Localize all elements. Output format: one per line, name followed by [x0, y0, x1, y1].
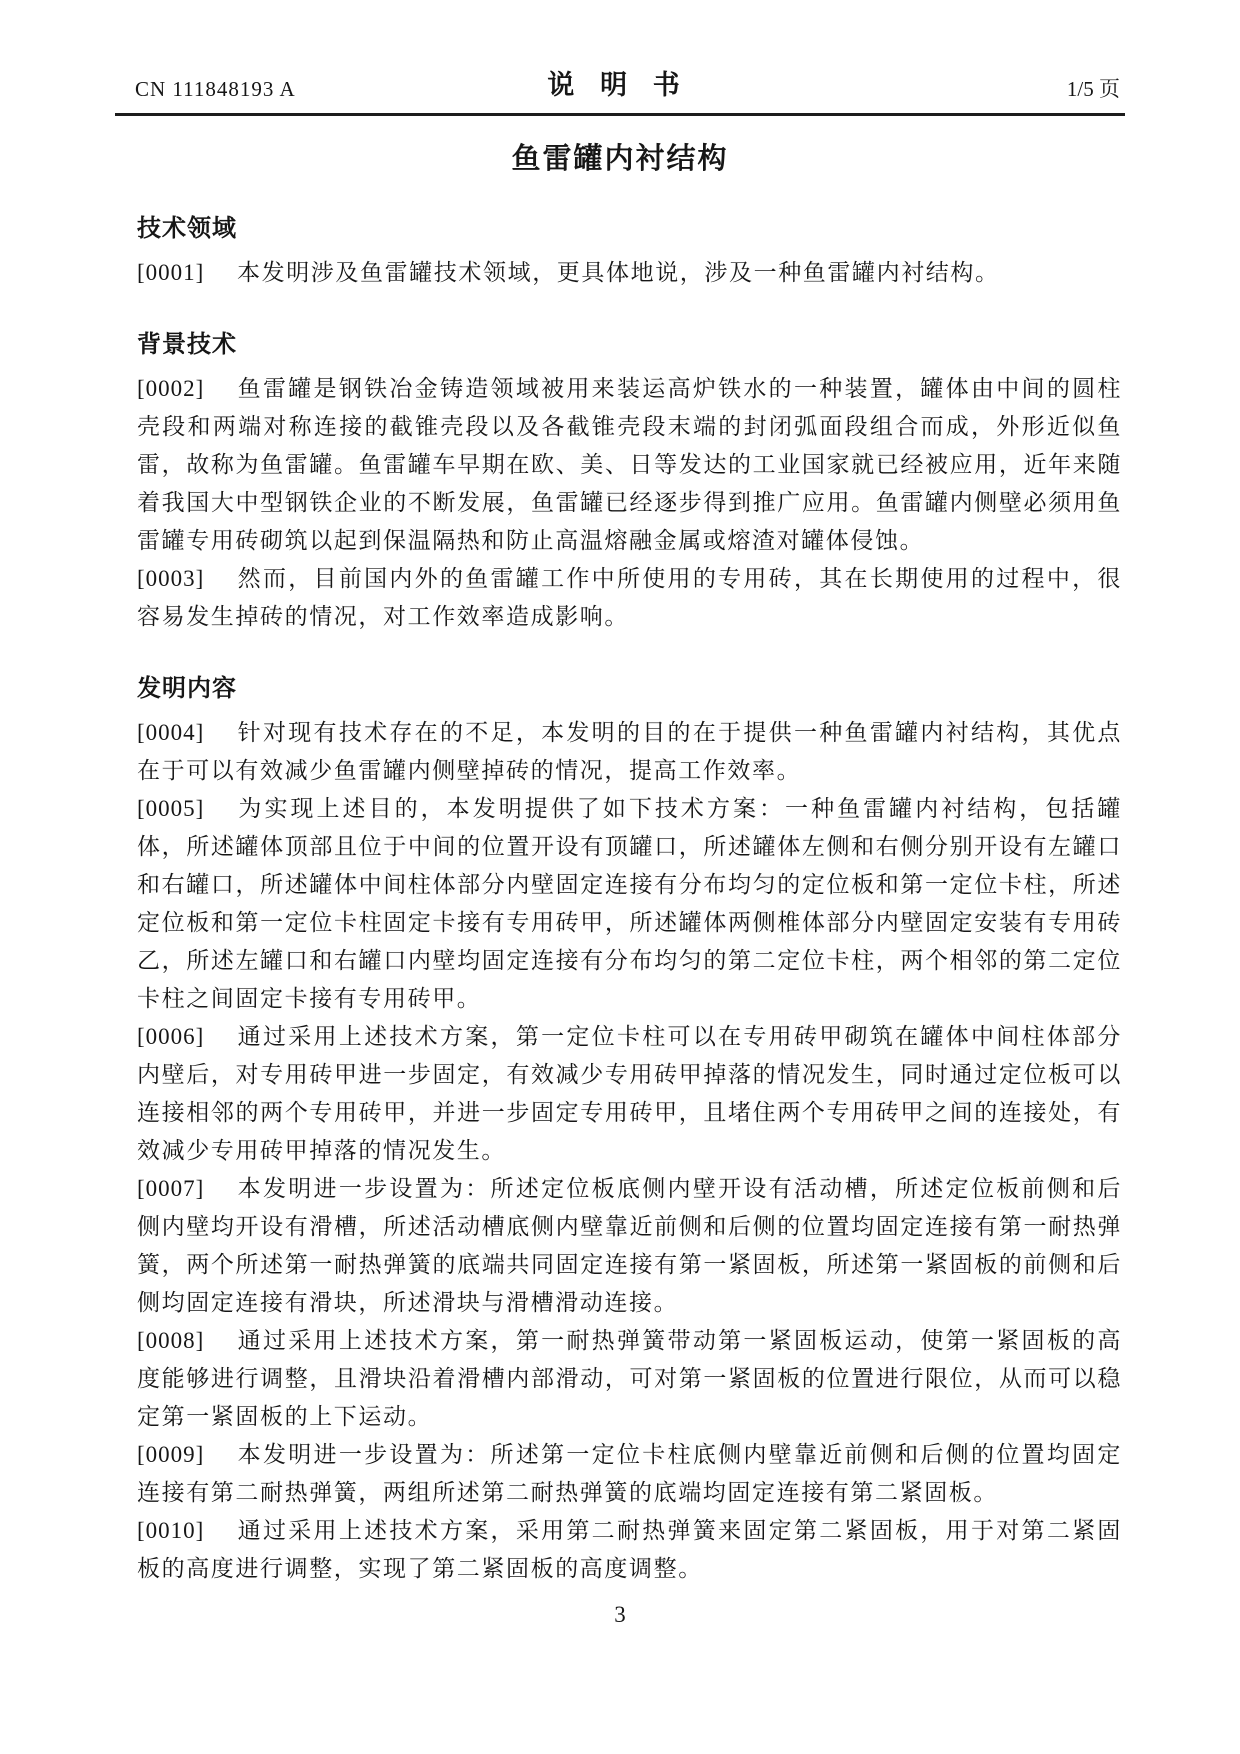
paragraph-text: 本发明进一步设置为：所述定位板底侧内壁开设有活动槽，所述定位板前侧和后侧内壁均开…	[137, 1176, 1122, 1315]
paragraph-number: [0007]	[137, 1170, 237, 1208]
paragraph-text: 本发明涉及鱼雷罐技术领域，更具体地说，涉及一种鱼雷罐内衬结构。	[237, 260, 1000, 285]
patent-specification-page: CN 111848193 A 说明书 1/5 页 鱼雷罐内衬结构 技术领域 [0…	[0, 0, 1240, 1754]
section-technical-field: 技术领域 [0001]本发明涉及鱼雷罐技术领域，更具体地说，涉及一种鱼雷罐内衬结…	[137, 214, 1122, 292]
invention-title: 鱼雷罐内衬结构	[0, 142, 1240, 176]
section-summary-of-invention: 发明内容 [0004]针对现有技术存在的不足，本发明的目的在于提供一种鱼雷罐内衬…	[137, 674, 1122, 1588]
paragraph-text: 本发明进一步设置为：所述第一定位卡柱底侧内壁靠近前侧和后侧的位置均固定连接有第二…	[137, 1442, 1122, 1505]
paragraph-0002: [0002]鱼雷罐是钢铁冶金铸造领域被用来装运高炉铁水的一种装置，罐体由中间的圆…	[137, 370, 1122, 560]
paragraph-text: 通过采用上述技术方案，采用第二耐热弹簧来固定第二紧固板，用于对第二紧固板的高度进…	[137, 1518, 1122, 1581]
section-heading: 技术领域	[137, 214, 1122, 244]
paragraph-text: 针对现有技术存在的不足，本发明的目的在于提供一种鱼雷罐内衬结构，其优点在于可以有…	[137, 720, 1122, 783]
paragraph-number: [0008]	[137, 1322, 237, 1360]
paragraph-number: [0002]	[137, 370, 237, 408]
document-body: 技术领域 [0001]本发明涉及鱼雷罐技术领域，更具体地说，涉及一种鱼雷罐内衬结…	[137, 214, 1122, 1588]
paragraph-0004: [0004]针对现有技术存在的不足，本发明的目的在于提供一种鱼雷罐内衬结构，其优…	[137, 714, 1122, 790]
footer-page-number: 3	[0, 1602, 1240, 1628]
paragraph-number: [0004]	[137, 714, 237, 752]
paragraph-text: 通过采用上述技术方案，第一耐热弹簧带动第一紧固板运动，使第一紧固板的高度能够进行…	[137, 1328, 1122, 1429]
paragraph-text: 通过采用上述技术方案，第一定位卡柱可以在专用砖甲砌筑在罐体中间柱体部分内壁后，对…	[137, 1024, 1122, 1163]
paragraph-number: [0005]	[137, 790, 237, 828]
section-heading: 发明内容	[137, 674, 1122, 704]
paragraph-0006: [0006]通过采用上述技术方案，第一定位卡柱可以在专用砖甲砌筑在罐体中间柱体部…	[137, 1018, 1122, 1170]
paragraph-number: [0001]	[137, 254, 237, 292]
section-background-art: 背景技术 [0002]鱼雷罐是钢铁冶金铸造领域被用来装运高炉铁水的一种装置，罐体…	[137, 330, 1122, 636]
paragraph-0001: [0001]本发明涉及鱼雷罐技术领域，更具体地说，涉及一种鱼雷罐内衬结构。	[137, 254, 1122, 292]
header-rule	[115, 113, 1125, 116]
paragraph-text: 然而，目前国内外的鱼雷罐工作中所使用的专用砖，其在长期使用的过程中，很容易发生掉…	[137, 566, 1122, 629]
paragraph-0003: [0003]然而，目前国内外的鱼雷罐工作中所使用的专用砖，其在长期使用的过程中，…	[137, 560, 1122, 636]
paragraph-text: 鱼雷罐是钢铁冶金铸造领域被用来装运高炉铁水的一种装置，罐体由中间的圆柱壳段和两端…	[137, 376, 1122, 553]
paragraph-number: [0010]	[137, 1512, 237, 1550]
paragraph-0005: [0005]为实现上述目的，本发明提供了如下技术方案：一种鱼雷罐内衬结构，包括罐…	[137, 790, 1122, 1018]
paragraph-number: [0003]	[137, 560, 237, 598]
paragraph-0009: [0009]本发明进一步设置为：所述第一定位卡柱底侧内壁靠近前侧和后侧的位置均固…	[137, 1436, 1122, 1512]
paragraph-number: [0006]	[137, 1018, 237, 1056]
page-header: CN 111848193 A 说明书 1/5 页	[115, 74, 1125, 104]
paragraph-0008: [0008]通过采用上述技术方案，第一耐热弹簧带动第一紧固板运动，使第一紧固板的…	[137, 1322, 1122, 1436]
document-type-label: 说明书	[535, 70, 706, 100]
paragraph-number: [0009]	[137, 1436, 237, 1474]
paragraph-text: 为实现上述目的，本发明提供了如下技术方案：一种鱼雷罐内衬结构，包括罐体，所述罐体…	[137, 796, 1122, 1011]
paragraph-0010: [0010]通过采用上述技术方案，采用第二耐热弹簧来固定第二紧固板，用于对第二紧…	[137, 1512, 1122, 1588]
section-heading: 背景技术	[137, 330, 1122, 360]
page-indicator: 1/5 页	[1067, 74, 1120, 104]
paragraph-0007: [0007]本发明进一步设置为：所述定位板底侧内壁开设有活动槽，所述定位板前侧和…	[137, 1170, 1122, 1322]
document-number: CN 111848193 A	[135, 74, 296, 104]
